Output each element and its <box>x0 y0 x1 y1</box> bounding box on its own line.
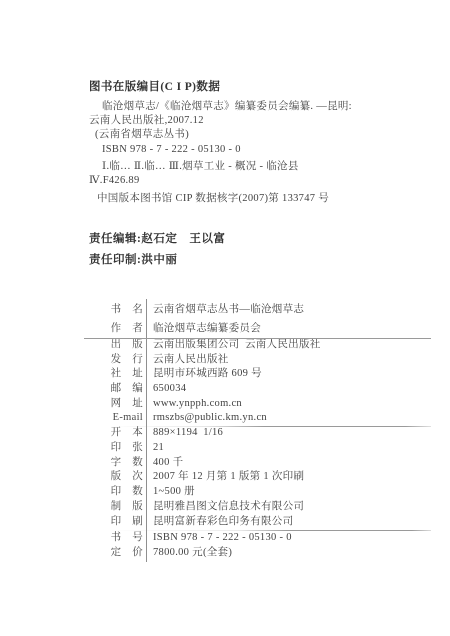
cip-line: (云南省烟草志丛书) <box>89 128 419 142</box>
row-label: 制 版 <box>101 500 143 515</box>
row-value: 889×1194 1/16 <box>153 427 223 438</box>
table-row: 发 行云南人民出版社 <box>0 353 450 368</box>
table-row: 作 者临沧烟草志编纂委员会 <box>0 319 450 338</box>
row-label: 印 张 <box>101 441 143 456</box>
cip-line: ISBN 978 - 7 - 222 - 05130 - 0 <box>89 143 419 157</box>
table-row: E-mailrmszbs@public.km.yn.cn <box>0 411 450 426</box>
row-label: E-mail <box>101 411 143 426</box>
table-row: 印 刷昆明富新春彩色印务有限公司 <box>0 515 450 530</box>
row-value: 21 <box>153 442 164 453</box>
row-label: 字 数 <box>101 456 143 471</box>
table-row: 制 版昆明雅昌图文信息技术有限公司 <box>0 500 450 515</box>
cip-classification-line: Ⅳ.F426.89 <box>89 174 419 188</box>
row-value: 650034 <box>153 383 186 394</box>
table-row: 印 张21 <box>0 441 450 456</box>
row-value: 2007 年 12 月第 1 版第 1 次印刷 <box>153 471 304 482</box>
table-row: 出 版云南出版集团公司 云南人民出版社 <box>0 338 450 353</box>
row-value: 昆明市环城西路 609 号 <box>153 368 262 379</box>
table-row: 印 数1~500 册 <box>0 485 450 500</box>
row-value: 云南人民出版社 <box>153 354 229 365</box>
table-row: 字 数400 千 <box>0 456 450 471</box>
row-value: 临沧烟草志编纂委员会 <box>153 323 261 334</box>
row-label: 邮 编 <box>101 382 143 397</box>
table-divider-line <box>84 338 431 339</box>
table-row: 版 次2007 年 12 月第 1 版第 1 次印刷 <box>0 470 450 485</box>
row-value: rmszbs@public.km.yn.cn <box>153 412 267 423</box>
row-label: 开 本 <box>101 426 143 441</box>
row-value: www.ynpph.com.cn <box>153 398 242 409</box>
table-divider-line <box>110 530 431 531</box>
colophon-table: 书 名云南省烟草志丛书—临沧烟草志 作 者临沧烟草志编纂委员会 出 版云南出版集… <box>0 300 450 561</box>
colophon-group-title: 书 名云南省烟草志丛书—临沧烟草志 作 者临沧烟草志编纂委员会 <box>0 300 450 338</box>
cip-classification-line: Ⅰ.临… Ⅱ.临… Ⅲ.烟草工业 - 概况 - 临沧县 <box>89 160 419 174</box>
row-label: 印 刷 <box>101 515 143 530</box>
responsible-editor-line: 责任编辑:赵石定 王以富 <box>89 229 225 250</box>
cip-line: 临沧烟草志/《临沧烟草志》编纂委员会编纂. —昆明: <box>89 100 419 114</box>
row-label: 作 者 <box>101 319 143 338</box>
row-label: 印 数 <box>101 485 143 500</box>
cip-paragraph: 临沧烟草志/《临沧烟草志》编纂委员会编纂. —昆明: 云南人民出版社,2007.… <box>89 100 419 188</box>
row-value: ISBN 978 - 7 - 222 - 05130 - 0 <box>153 532 292 543</box>
colophon-group-publisher: 出 版云南出版集团公司 云南人民出版社 发 行云南人民出版社 社 址昆明市环城西… <box>0 338 450 426</box>
cip-line: 云南人民出版社,2007.12 <box>89 114 419 128</box>
table-row: 社 址昆明市环城西路 609 号 <box>0 367 450 382</box>
table-divider-line <box>110 426 431 427</box>
book-copyright-page: 图书在版编目(C I P)数据 临沧烟草志/《临沧烟草志》编纂委员会编纂. —昆… <box>0 0 450 636</box>
row-label: 社 址 <box>101 367 143 382</box>
row-value: 云南省烟草志丛书—临沧烟草志 <box>153 304 304 315</box>
colophon-group-printing: 开 本889×1194 1/16 印 张21 字 数400 千 版 次2007 … <box>0 426 450 530</box>
row-label: 发 行 <box>101 353 143 368</box>
row-value: 7800.00 元(全套) <box>153 547 232 558</box>
colophon-group-isbn-price: 书 号ISBN 978 - 7 - 222 - 05130 - 0 定 价780… <box>0 530 450 561</box>
row-value: 昆明富新春彩色印务有限公司 <box>153 516 293 527</box>
responsible-printer-line: 责任印制:洪中丽 <box>89 250 225 271</box>
row-label: 版 次 <box>101 470 143 485</box>
table-row: 书 号ISBN 978 - 7 - 222 - 05130 - 0 <box>0 530 450 546</box>
cip-checksum-line: 中国版本图书馆 CIP 数据核字(2007)第 133747 号 <box>97 192 329 206</box>
table-row: 书 名云南省烟草志丛书—临沧烟草志 <box>0 300 450 319</box>
row-value: 昆明雅昌图文信息技术有限公司 <box>153 501 304 512</box>
table-row: 开 本889×1194 1/16 <box>0 426 450 441</box>
row-label: 书 名 <box>101 300 143 319</box>
row-value: 400 千 <box>153 457 183 468</box>
table-row: 定 价7800.00 元(全套) <box>0 545 450 561</box>
row-value: 云南出版集团公司 云南人民出版社 <box>153 339 321 350</box>
staff-credits: 责任编辑:赵石定 王以富 责任印制:洪中丽 <box>89 229 225 270</box>
row-label: 网 址 <box>101 397 143 412</box>
table-row: 网 址www.ynpph.com.cn <box>0 397 450 412</box>
row-label: 出 版 <box>101 338 143 353</box>
row-label: 定 价 <box>101 545 143 561</box>
cip-heading: 图书在版编目(C I P)数据 <box>89 80 220 94</box>
row-value: 1~500 册 <box>153 486 195 497</box>
table-row: 邮 编650034 <box>0 382 450 397</box>
row-label: 书 号 <box>101 530 143 546</box>
